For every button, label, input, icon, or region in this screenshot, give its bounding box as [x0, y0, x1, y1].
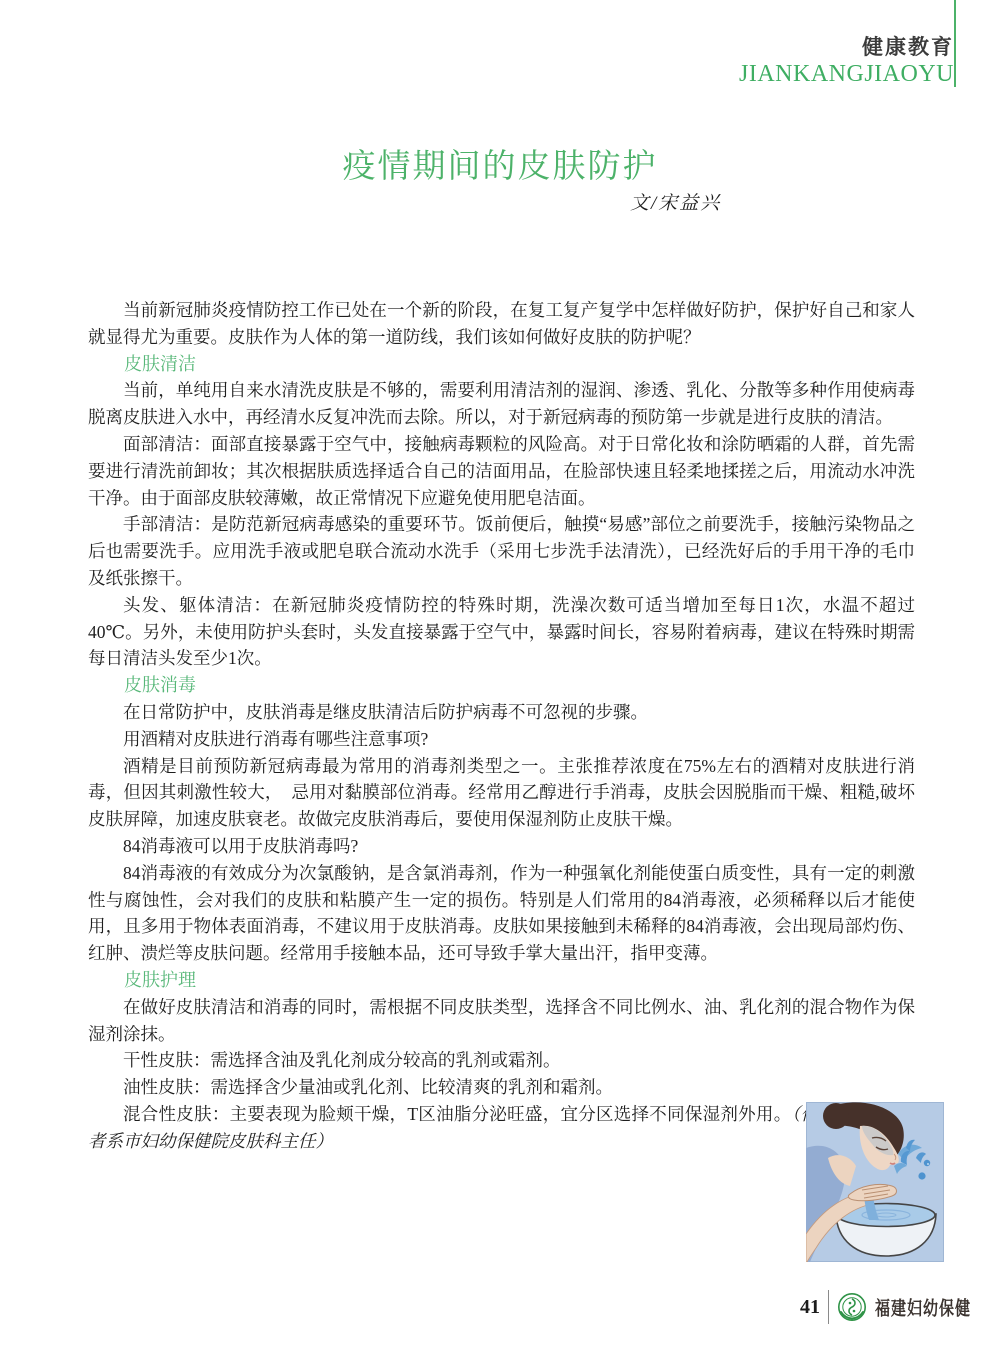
paragraph: 在日常防护中，皮肤消毒是继皮肤清洁后防护病毒不可忽视的步骤。 — [88, 699, 915, 726]
paragraph-hand-cleaning: 手部清洁：是防范新冠病毒感染的重要环节。饭前便后，触摸“易感”部位之前要洗手，接… — [88, 511, 915, 591]
article-byline: 文/宋益兴 — [630, 188, 721, 215]
paragraph-alcohol-answer: 酒精是目前预防新冠病毒最为常用的消毒剂类型之一。主张推荐浓度在75%左右的酒精对… — [88, 753, 915, 833]
journal-logo-icon — [837, 1292, 867, 1322]
column-title: 健康教育 — [739, 36, 954, 59]
face-washing-illustration — [806, 1102, 944, 1262]
paragraph-dry-skin: 干性皮肤：需选择含油及乳化剂成分较高的乳剂或霜剂。 — [88, 1047, 915, 1074]
column-title-pinyin: JIANKANGJIAOYU — [739, 61, 954, 87]
intro-paragraph: 当前新冠肺炎疫情防控工作已处在一个新的阶段，在复工复产复学中怎样做好防护，保护好… — [88, 297, 915, 351]
paragraph-84-question: 84消毒液可以用于皮肤消毒吗? — [88, 833, 915, 860]
paragraph-combination-skin: 混合性皮肤：主要表现为脸颊干燥，T区油脂分泌旺盛，宜分区选择不同保湿剂外用。（作… — [88, 1101, 818, 1155]
journal-wordmark-seal-script: 福建妇幼保健 — [875, 1294, 971, 1320]
magazine-page: 健康教育 JIANKANGJIAOYU 疫情期间的皮肤防护 文/宋益兴 当前新冠… — [0, 0, 1000, 1357]
section-heading-skin-care: 皮肤护理 — [88, 967, 915, 994]
paragraph-84-answer: 84消毒液的有效成分为次氯酸钠，是含氯消毒剂，作为一种强氧化剂能使蛋白质变性，具… — [88, 860, 915, 967]
article-title: 疫情期间的皮肤防护 — [0, 140, 1000, 187]
page-footer: 41 福建妇幼保健 — [800, 1290, 971, 1324]
paragraph-oily-skin: 油性皮肤：需选择含少量油或乳化剂、比较清爽的乳剂和霜剂。 — [88, 1074, 915, 1101]
footer-divider — [828, 1290, 829, 1324]
header-rule — [954, 0, 956, 87]
page-number: 41 — [800, 1296, 820, 1319]
paragraph: 当前，单纯用自来水清洗皮肤是不够的，需要利用清洁剂的湿润、渗透、乳化、分散等多种… — [88, 377, 915, 431]
paragraph: 在做好皮肤清洁和消毒的同时，需根据不同皮肤类型，选择含不同比例水、油、乳化剂的混… — [88, 994, 915, 1048]
paragraph-text: 混合性皮肤：主要表现为脸颊干燥，T区油脂分泌旺盛，宜分区选择不同保湿剂外用。 — [123, 1104, 791, 1124]
article-body: 当前新冠肺炎疫情防控工作已处在一个新的阶段，在复工复产复学中怎样做好防护，保护好… — [88, 297, 915, 1155]
section-heading-skin-cleaning: 皮肤清洁 — [88, 351, 915, 378]
page-header: 健康教育 JIANKANGJIAOYU — [739, 36, 954, 87]
paragraph-face-cleaning: 面部清洁：面部直接暴露于空气中，接触病毒颗粒的风险高。对于日常化妆和涂防晒霜的人… — [88, 431, 915, 511]
section-heading-skin-disinfection: 皮肤消毒 — [88, 672, 915, 699]
paragraph-alcohol-question: 用酒精对皮肤进行消毒有哪些注意事项? — [88, 726, 915, 753]
paragraph-hair-body-cleaning: 头发、躯体清洁：在新冠肺炎疫情防控的特殊时期，洗澡次数可适当增加至每日1次，水温… — [88, 592, 915, 672]
